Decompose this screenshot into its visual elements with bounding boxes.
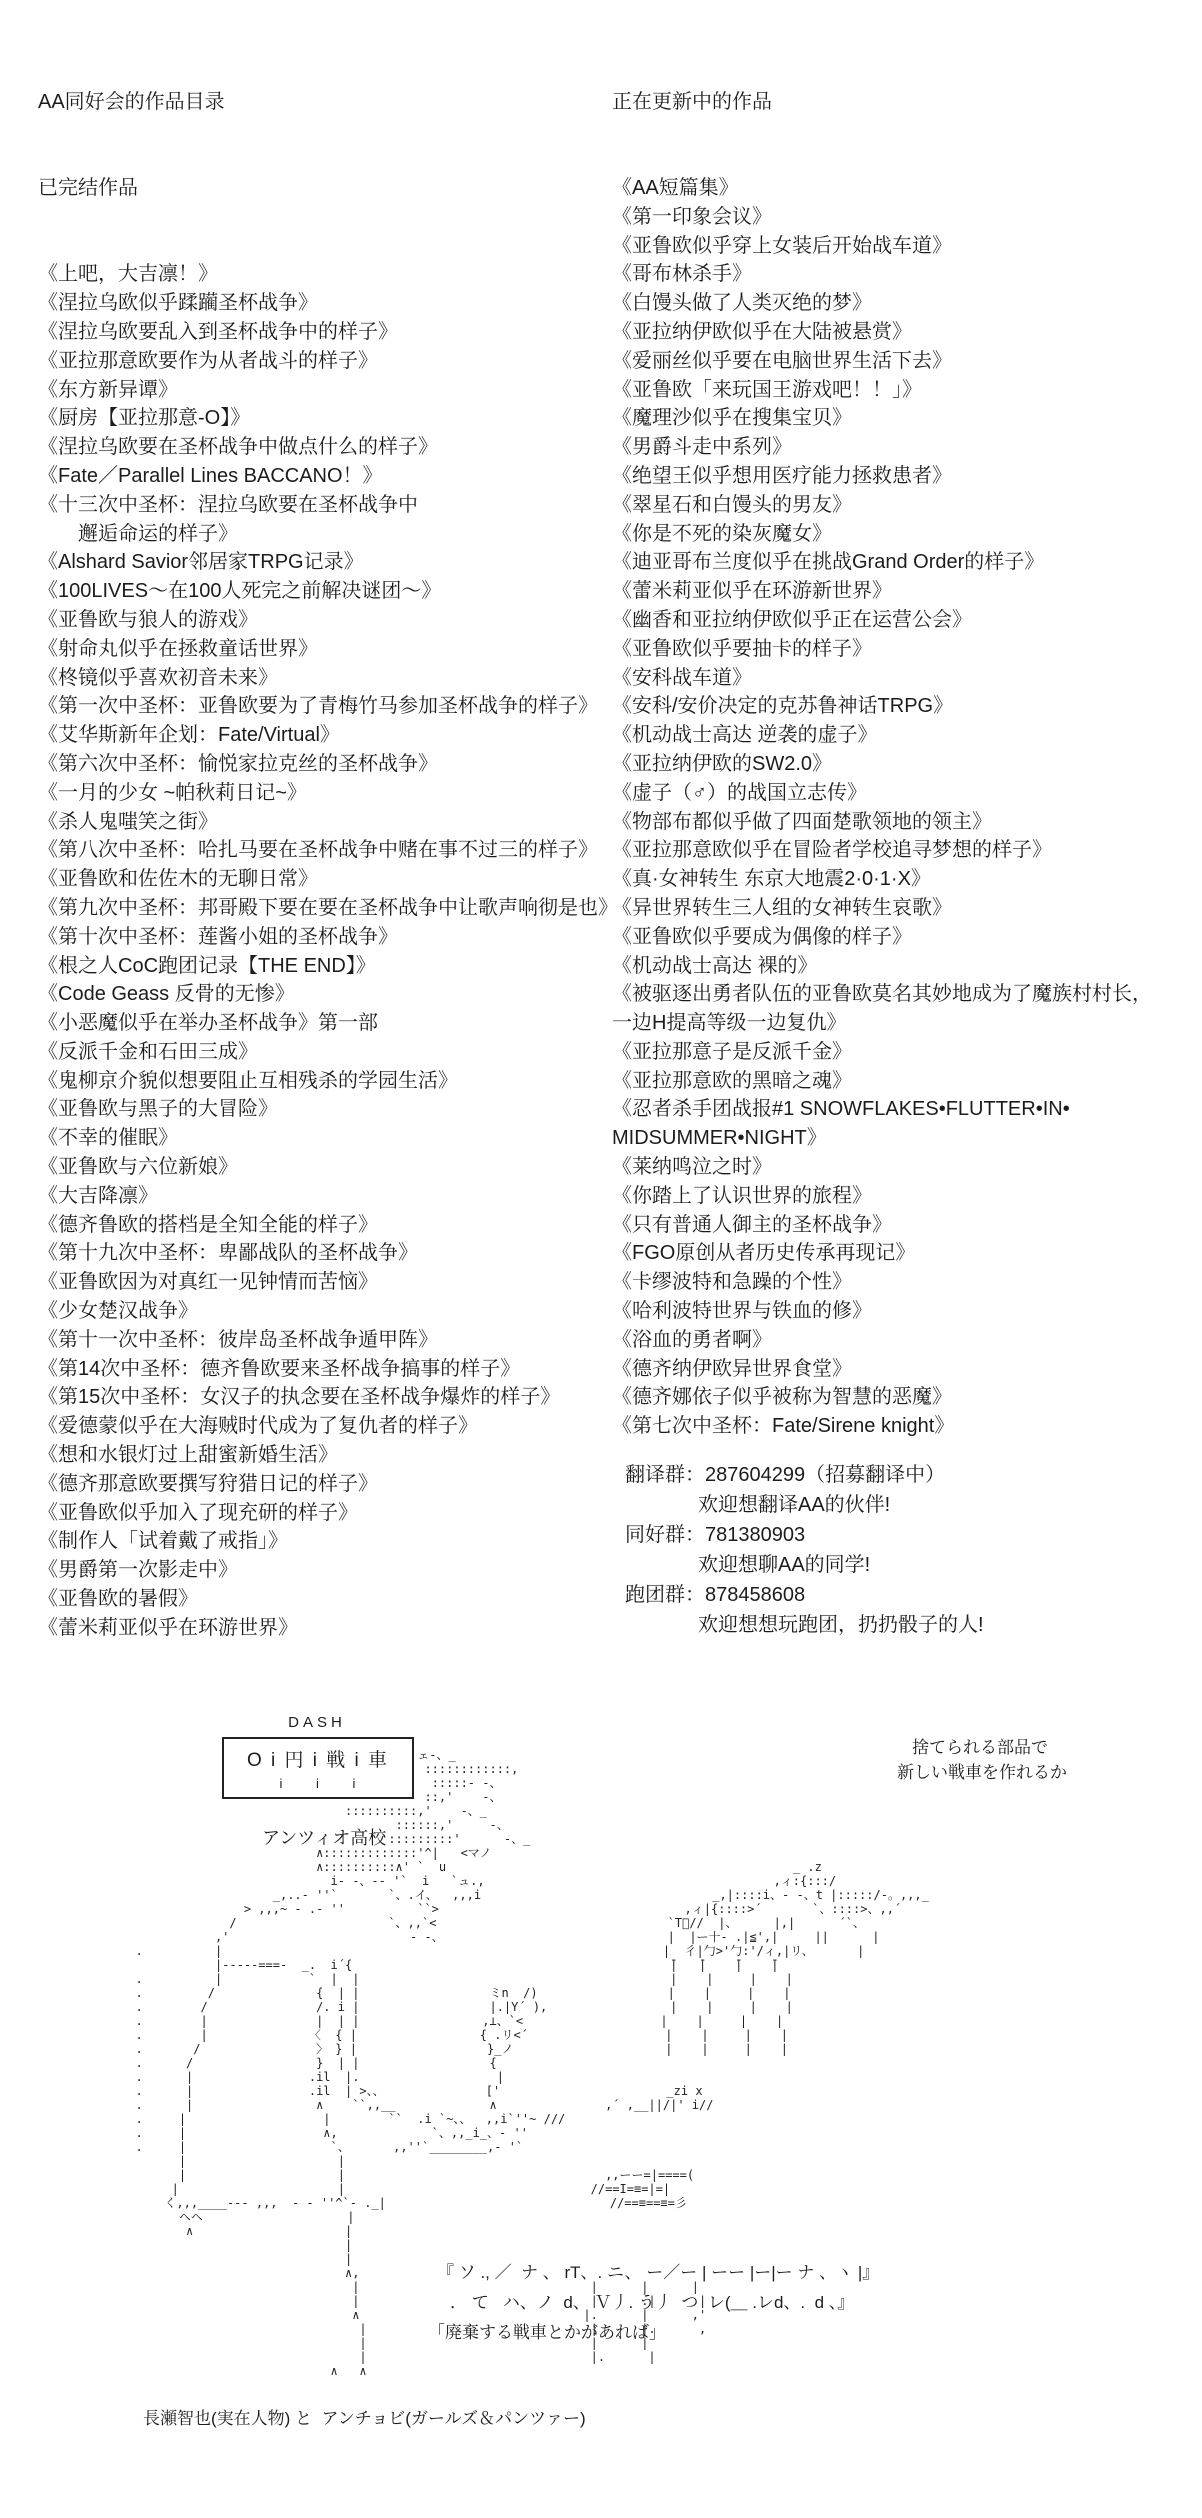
work-title: 《白馒头做了人类灭绝的梦》: [612, 289, 1152, 318]
work-title: 《浴血的勇者啊》: [612, 1326, 1152, 1355]
work-title: 《德齐娜依子似乎被称为智慧的恶魔》: [612, 1383, 1152, 1412]
catalog-title: AA同好会的作品目录: [38, 88, 618, 117]
work-title: 《亚拉那意欧要作为从者战斗的样子》: [38, 347, 618, 376]
contact-row: 跑团群：878458608 欢迎想想玩跑团，扔扔骰子的人!: [625, 1580, 984, 1640]
work-title: 《魔理沙似乎在搜集宝贝》: [612, 404, 1152, 433]
characters-caption: 長瀬智也(実在人物) と アンチョビ(ガールズ＆パンツァー): [143, 2404, 586, 2429]
work-title: 《爱丽丝似乎要在电脑世界生活下去》: [612, 347, 1152, 376]
aa-dialogue-line2: ． て ハ、ノ d、 Ｖ丿. う丿 つ レ(＿ .レd、. d 、』: [450, 2288, 854, 2313]
work-title: 《一月的少女 ~帕秋莉日记~》: [38, 779, 618, 808]
work-title: 《德齐鲁欧的搭档是全知全能的样子》: [38, 1211, 618, 1240]
contact-group-value: 781380903: [705, 1524, 805, 1546]
contact-group-label: 跑团群：: [625, 1584, 705, 1606]
work-title: 《男爵第一次影走中》: [38, 1556, 618, 1585]
work-title: 《你踏上了认识世界的旅程》: [612, 1182, 1152, 1211]
work-title: MIDSUMMER•NIGHT》: [612, 1124, 1152, 1153]
work-title: 《反派千金和石田三成》: [38, 1038, 618, 1067]
work-title: 《涅拉乌欧要乱入到圣杯战争中的样子》: [38, 318, 618, 347]
work-title: 《制作人「试着戴了戒指」》: [38, 1527, 618, 1556]
work-title: 《男爵斗走中系列》: [612, 433, 1152, 462]
updating-works-header: 正在更新中的作品: [612, 88, 1152, 117]
contact-group-value: 878458608: [705, 1584, 805, 1606]
contact-group-note: 欢迎想想玩跑团，扔扔骰子的人!: [625, 1610, 984, 1640]
contact-group-label: 同好群：: [625, 1524, 705, 1546]
work-title: 《卡缪波特和急躁的个性》: [612, 1268, 1152, 1297]
work-title: 《射命丸似乎在拯救童话世界》: [38, 635, 618, 664]
updating-works-column: 正在更新中的作品 《AA短篇集》《第一印象会议》《亚鲁欧似乎穿上女装后开始战车道…: [612, 30, 1152, 1499]
work-title: 《第八次中圣杯：哈扎马要在圣杯战争中赌在事不过三的样子》: [38, 836, 618, 865]
work-title: 《Fate／Parallel Lines BACCANO！》: [38, 462, 618, 491]
aa-catalog-page: AA同好会的作品目录 已完结作品 《上吧，大吉凛！》《涅拉乌欧似乎蹂躏圣杯战争》…: [0, 0, 1202, 2518]
work-title: 《100LIVES～在100人死完之前解决谜团～》: [38, 577, 618, 606]
work-title: 《绝望王似乎想用医疗能力拯救患者》: [612, 462, 1152, 491]
work-title: 《亚鲁欧似乎加入了现充研的样子》: [38, 1499, 618, 1528]
salvage-caption-line1: 捨てられる部品で: [912, 1733, 1048, 1758]
work-title: 《蕾米莉亚似乎在环游世界》: [38, 1614, 618, 1643]
contact-rows: 翻译群：287604299（招募翻译中） 欢迎想翻译AA的伙伴! 同好群：781…: [625, 1460, 984, 1640]
work-title: 《幽香和亚拉纳伊欧似乎正在运营公会》: [612, 606, 1152, 635]
work-title: 《亚鲁欧因为对真红一见钟情而苦恼》: [38, 1268, 618, 1297]
work-title: 《亚拉纳伊欧似乎在大陆被悬赏》: [612, 318, 1152, 347]
contact-group-number: 跑团群：878458608: [625, 1580, 984, 1610]
work-title: 《德齐纳伊欧异世界食堂》: [612, 1355, 1152, 1384]
work-title: 《杀人鬼嗤笑之街》: [38, 808, 618, 837]
work-title: 《小恶魔似乎在举办圣杯战争》第一部: [38, 1009, 618, 1038]
work-title: 《第一印象会议》: [612, 203, 1152, 232]
work-title: 《蕾米莉亚似乎在环游新世界》: [612, 577, 1152, 606]
scrap-tank-quote: 「廃棄する戦車とかがあれば」: [428, 2318, 666, 2343]
work-title: 《哥布林杀手》: [612, 260, 1152, 289]
work-title: 《涅拉乌欧似乎蹂躏圣杯战争》: [38, 289, 618, 318]
work-title: 《AA短篇集》: [612, 174, 1152, 203]
work-title: 《少女楚汉战争》: [38, 1297, 618, 1326]
work-title: 《柊镜似乎喜欢初音未来》: [38, 664, 618, 693]
work-title: 《第十次中圣杯：莲酱小姐的圣杯战争》: [38, 923, 618, 952]
work-title: 《大吉降凛》: [38, 1182, 618, 1211]
work-title: 《亚鲁欧似乎要成为偶像的样子》: [612, 923, 1152, 952]
work-title: 《忍者杀手团战报#1 SNOWFLAKES•FLUTTER•IN•: [612, 1095, 1152, 1124]
work-title: 《异世界转生三人组的女神转生哀歌》: [612, 894, 1152, 923]
work-title: 《亚拉那意欧的黑暗之魂》: [612, 1067, 1152, 1096]
finished-works-subheader: 已完结作品: [38, 174, 618, 203]
work-title: 《根之人CoC跑团记录【THE END】》: [38, 952, 618, 981]
work-title: 《虚子（♂）的战国立志传》: [612, 779, 1152, 808]
work-title: 一边H提高等级一边复仇》: [612, 1009, 1152, 1038]
work-title: 《机动战士高达 逆袭的虚子》: [612, 721, 1152, 750]
work-title: 《亚拉那意子是反派千金》: [612, 1038, 1152, 1067]
work-title: 《亚鲁欧和佐佐木的无聊日常》: [38, 865, 618, 894]
work-title: 《Code Geass 反骨的无惨》: [38, 980, 618, 1009]
work-title: 邂逅命运的样子》: [38, 520, 618, 549]
work-title: 《鬼柳京介貌似想要阻止互相残杀的学园生活》: [38, 1067, 618, 1096]
work-title: 《亚拉纳伊欧的SW2.0》: [612, 750, 1152, 779]
work-title: 《第六次中圣杯：愉悦家拉克丝的圣杯战争》: [38, 750, 618, 779]
work-title: 《想和水银灯过上甜蜜新婚生活》: [38, 1441, 618, 1470]
work-title: 《涅拉乌欧要在圣杯战争中做点什么的样子》: [38, 433, 618, 462]
work-title: 《不幸的催眠》: [38, 1124, 618, 1153]
work-title: 《迪亚哥布兰度似乎在挑战Grand Order的样子》: [612, 548, 1152, 577]
work-title: 《亚鲁欧与黑子的大冒险》: [38, 1095, 618, 1124]
work-title: 《亚鲁欧的暑假》: [38, 1585, 618, 1614]
work-title: 《亚鲁欧「来玩国王游戏吧！！」》: [612, 376, 1152, 405]
work-title: 《Alshard Savior邻居家TRPG记录》: [38, 548, 618, 577]
dash-sign-label: DASH: [222, 1714, 412, 1731]
work-title: 《亚鲁欧似乎要抽卡的样子》: [612, 635, 1152, 664]
work-title: 《艾华斯新年企划：Fate/Virtual》: [38, 721, 618, 750]
contact-group-note: 欢迎想聊AA的同学!: [625, 1550, 984, 1580]
contact-group-label: 翻译群：: [625, 1464, 705, 1486]
work-title: 《厨房【亚拉那意-O】》: [38, 404, 618, 433]
work-title: 《德齐那意欧要撰写狩猎日记的样子》: [38, 1470, 618, 1499]
contact-group-number: 翻译群：287604299（招募翻译中）: [625, 1460, 984, 1490]
contact-group-note: 欢迎想翻译AA的伙伴!: [625, 1490, 984, 1520]
work-title: 《亚拉那意欧似乎在冒险者学校追寻梦想的样子》: [612, 836, 1152, 865]
work-title: 《亚鲁欧与六位新娘》: [38, 1153, 618, 1182]
work-title: 《安科战车道》: [612, 664, 1152, 693]
work-title: 《亚鲁欧与狼人的游戏》: [38, 606, 618, 635]
work-title: 《你是不死的染灰魔女》: [612, 520, 1152, 549]
work-title: 《物部布都似乎做了四面楚歌领地的领主》: [612, 808, 1152, 837]
finished-works-list: 《上吧，大吉凛！》《涅拉乌欧似乎蹂躏圣杯战争》《涅拉乌欧要乱入到圣杯战争中的样子…: [38, 260, 618, 1642]
work-title: 《第九次中圣杯：邦哥殿下要在要在圣杯战争中让歌声响彻是也》: [38, 894, 618, 923]
work-title: 《哈利波特世界与铁血的修》: [612, 1297, 1152, 1326]
work-title: 《第15次中圣杯：女汉子的执念要在圣杯战争爆炸的样子》: [38, 1383, 618, 1412]
work-title: 《第一次中圣杯：亚鲁欧要为了青梅竹马参加圣杯战争的样子》: [38, 692, 618, 721]
aa-dialogue-line1: 『 ソ ., ／ ナ 、 rT、. ニ、 ー／ー | ーー |ー|ー ナ 、ヽ …: [437, 2258, 879, 2283]
work-title: 《东方新异谭》: [38, 376, 618, 405]
work-title: 《真·女神转生 东京大地震2·0·1·X》: [612, 865, 1152, 894]
work-title: 《亚鲁欧似乎穿上女装后开始战车道》: [612, 232, 1152, 261]
contact-row: 翻译群：287604299（招募翻译中） 欢迎想翻译AA的伙伴!: [625, 1460, 984, 1520]
work-title: 《莱纳鸣泣之时》: [612, 1153, 1152, 1182]
contact-group-number: 同好群：781380903: [625, 1520, 984, 1550]
work-title: 《第七次中圣杯：Fate/Sirene knight》: [612, 1412, 1152, 1441]
work-title: 《机动战士高达 裸的》: [612, 952, 1152, 981]
work-title: 《FGO原创从者历史传承再现记》: [612, 1239, 1152, 1268]
work-title: 《安科/安价决定的克苏鲁神话TRPG》: [612, 692, 1152, 721]
work-title: 《第14次中圣杯：德齐鲁欧要来圣杯战争搞事的样子》: [38, 1355, 618, 1384]
updating-works-list: 《AA短篇集》《第一印象会议》《亚鲁欧似乎穿上女装后开始战车道》《哥布林杀手》《…: [612, 174, 1152, 1441]
work-title: 《翠星石和白馒头的男友》: [612, 491, 1152, 520]
work-title: 《十三次中圣杯：涅拉乌欧要在圣杯战争中: [38, 491, 618, 520]
work-title: 《爱德蒙似乎在大海贼时代成为了复仇者的样子》: [38, 1412, 618, 1441]
work-title: 《上吧，大吉凛！》: [38, 260, 618, 289]
ascii-art-figures: ェ-、_ ::::::::::::, :::::- -、 ::,' -、: [56, 1748, 929, 2378]
contact-groups: 翻译群：287604299（招募翻译中） 欢迎想翻译AA的伙伴! 同好群：781…: [625, 1460, 984, 1640]
contact-row: 同好群：781380903 欢迎想聊AA的同学!: [625, 1520, 984, 1580]
contact-group-value: 287604299（招募翻译中）: [705, 1464, 945, 1486]
work-title: 《第十一次中圣杯：彼岸岛圣杯战争遁甲阵》: [38, 1326, 618, 1355]
work-title: 《被驱逐出勇者队伍的亚鲁欧莫名其妙地成为了魔族村村长，: [612, 980, 1152, 1009]
work-title: 《只有普通人御主的圣杯战争》: [612, 1211, 1152, 1240]
finished-works-column: AA同好会的作品目录 已完结作品 《上吧，大吉凛！》《涅拉乌欧似乎蹂躏圣杯战争》…: [38, 30, 618, 1700]
work-title: 《第十九次中圣杯：卑鄙战队的圣杯战争》: [38, 1239, 618, 1268]
